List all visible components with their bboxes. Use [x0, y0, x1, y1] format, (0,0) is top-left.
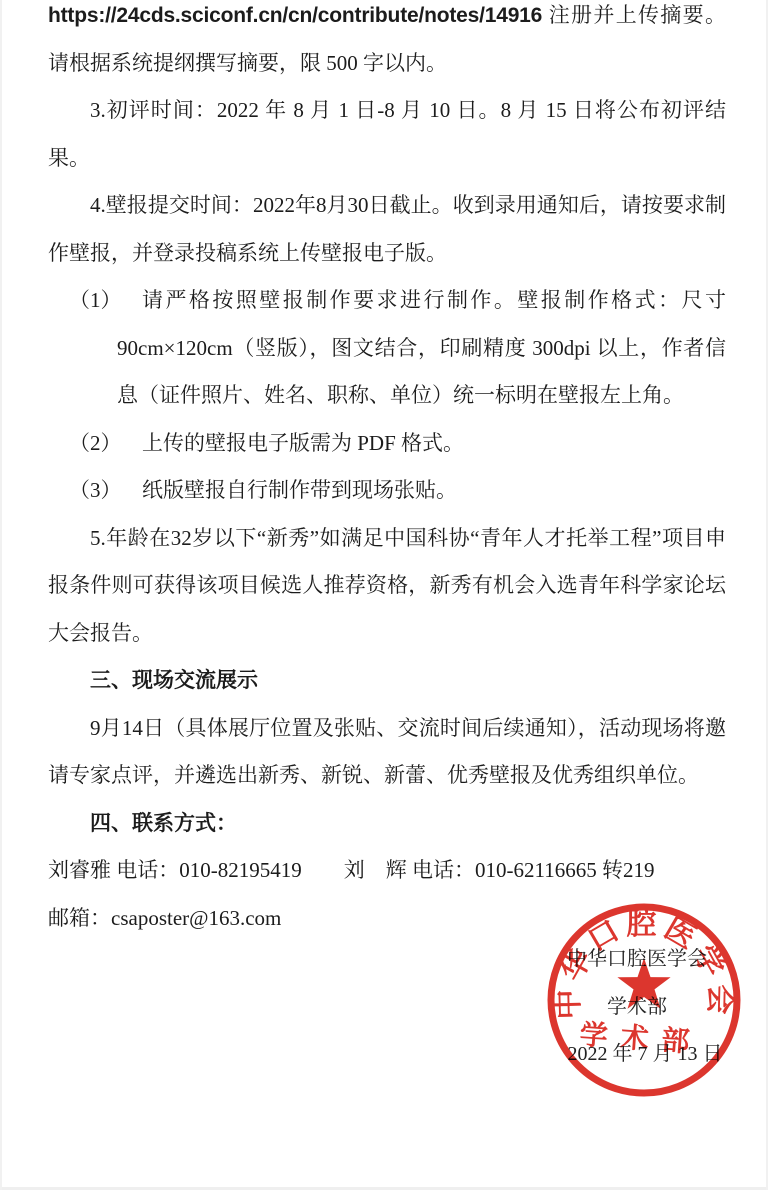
- submission-url-link[interactable]: https://24cds.sciconf.cn/cn/contribute/n…: [48, 4, 542, 27]
- paragraph-abstract-upload: https://24cds.sciconf.cn/cn/contribute/n…: [48, 0, 726, 87]
- list-item-text: 请严格按照壁报制作要求进行制作。壁报制作格式：尺寸 90cm×120cm（竖版）…: [117, 288, 726, 407]
- list-item-marker: （1）: [69, 277, 122, 325]
- list-item-marker: （2）: [69, 420, 122, 468]
- list-item-text: 纸版壁报自行制作带到现场张贴。: [142, 478, 457, 502]
- list-item-paper-poster: （3）纸版壁报自行制作带到现场张贴。: [48, 467, 726, 515]
- list-item-marker: （3）: [69, 467, 122, 515]
- list-item-poster-format: （1）请严格按照壁报制作要求进行制作。壁报制作格式：尺寸 90cm×120cm（…: [48, 277, 726, 420]
- document-body: https://24cds.sciconf.cn/cn/contribute/n…: [2, 0, 766, 942]
- signature-org: 中华口腔医学会: [520, 936, 754, 984]
- signature-date: 2022 年 7 月 13 日: [528, 1031, 762, 1079]
- list-item-pdf-format: （2）上传的壁报电子版需为 PDF 格式。: [48, 420, 726, 468]
- list-item-text: 上传的壁报电子版需为 PDF 格式。: [142, 431, 464, 455]
- contact-phone-line: 刘睿雅 电话：010-82195419 刘 辉 电话：010-62116665 …: [48, 847, 726, 895]
- signature-block: 中华口腔医学会 学术部 2022 年 7 月 13 日: [520, 936, 754, 1079]
- contact-email-line: 邮箱：csaposter@163.com: [48, 895, 726, 943]
- heading-contact-info: 四、联系方式：: [48, 800, 726, 848]
- heading-onsite-exchange: 三、现场交流展示: [48, 657, 726, 705]
- paragraph-poster-deadline: 4.壁报提交时间：2022年8月30日截止。收到录用通知后，请按要求制作壁报，并…: [48, 182, 726, 277]
- paragraph-young-talent: 5.年龄在32岁以下“新秀”如满足中国科协“青年人才托举工程”项目申报条件则可获…: [48, 515, 726, 658]
- paragraph-onsite-detail: 9月14日（具体展厅位置及张贴、交流时间后续通知），活动现场将邀请专家点评，并遴…: [48, 705, 726, 800]
- document-page: { "doc": { "p1_url": "https://24cds.scic…: [0, 0, 768, 1190]
- signature-dept: 学术部: [520, 984, 754, 1032]
- paragraph-initial-review-time: 3.初评时间：2022 年 8 月 1 日-8 月 10 日。8 月 15 日将…: [48, 87, 726, 182]
